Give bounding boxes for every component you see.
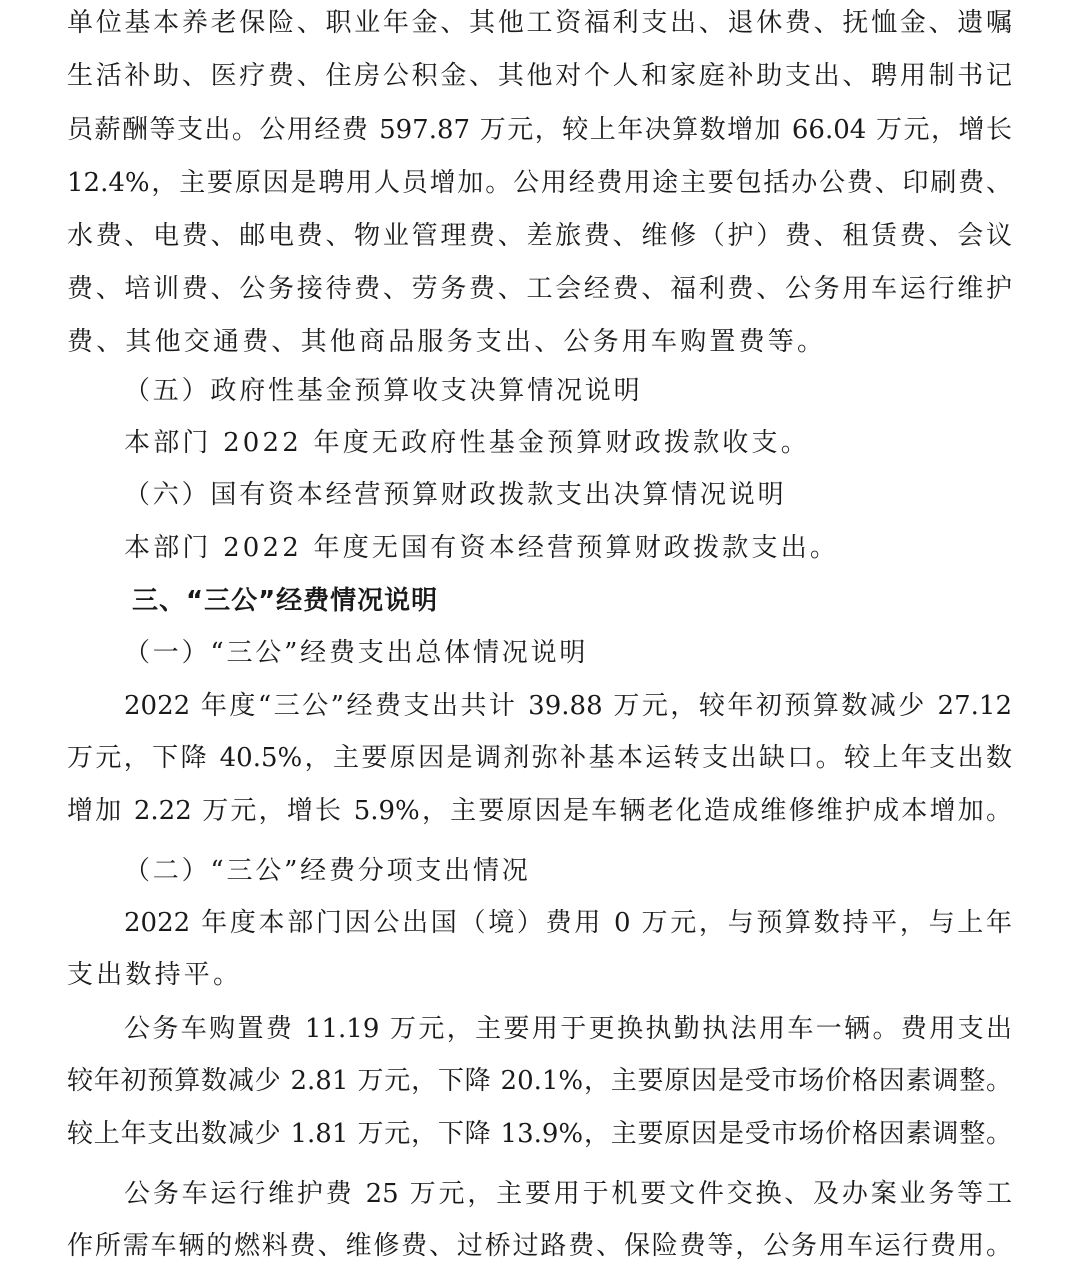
paragraph-line: 生活补助、医疗费、住房公积金、其他对个人和家庭补助支出、聘用制书记	[67, 59, 1012, 93]
part-3-heading: 三、“三公”经费情况说明	[132, 584, 1074, 618]
paragraph-line: 费、培训费、公务接待费、劳务费、工会经费、福利费、公务用车运行维护	[67, 272, 1012, 306]
section-heading-6: （六）国有资本经营预算财政拨款支出决算情况说明	[124, 478, 1069, 512]
paragraph-line: 公务车购置费 11.19 万元，主要用于更换执勤执法用车一辆。费用支出	[124, 1012, 1012, 1046]
paragraph-line: 2022 年度本部门因公出国（境）费用 0 万元，与预算数持平，与上年	[124, 906, 1012, 940]
paragraph-line: 员薪酬等支出。公用经费 597.87 万元，较上年决算数增加 66.04 万元，…	[67, 113, 1012, 147]
paragraph-line: 单位基本养老保险、职业年金、其他工资福利支出、退休费、抚恤金、遗嘱	[67, 6, 1012, 40]
subsection-heading-1: （一）“三公”经费支出总体情况说明	[124, 636, 1069, 670]
paragraph-line: 支出数持平。	[67, 958, 1012, 992]
paragraph-line: 万元，下降 40.5%，主要原因是调剂弥补基本运转支出缺口。较上年支出数	[67, 741, 1012, 775]
paragraph-line: 费、其他交通费、其他商品服务支出、公务用车购置费等。	[67, 325, 1012, 359]
paragraph-line: 公务车运行维护费 25 万元，主要用于机要文件交换、及办案业务等工	[124, 1177, 1012, 1211]
paragraph-line: 2022 年度“三公”经费支出共计 39.88 万元，较年初预算数减少 27.1…	[124, 689, 1012, 723]
subsection-heading-2: （二）“三公”经费分项支出情况	[124, 854, 1069, 888]
section-heading-5: （五）政府性基金预算收支决算情况说明	[124, 374, 1069, 408]
paragraph-line: 作所需车辆的燃料费、维修费、过桥过路费、保险费等，公务用车运行费用。	[67, 1229, 1012, 1263]
paragraph-line: 较年初预算数减少 2.81 万元，下降 20.1%，主要原因是受市场价格因素调整…	[67, 1064, 1012, 1098]
section-6-text: 本部门 2022 年度无国有资本经营预算财政拨款支出。	[124, 531, 1069, 565]
paragraph-line: 增加 2.22 万元，增长 5.9%，主要原因是车辆老化造成维修维护成本增加。	[67, 794, 1012, 828]
paragraph-line: 水费、电费、邮电费、物业管理费、差旅费、维修（护）费、租赁费、会议	[67, 219, 1012, 253]
section-5-text: 本部门 2022 年度无政府性基金预算财政拨款收支。	[124, 426, 1069, 460]
paragraph-line: 较上年支出数减少 1.81 万元，下降 13.9%，主要原因是受市场价格因素调整…	[67, 1117, 1012, 1151]
paragraph-line: 12.4%，主要原因是聘用人员增加。公用经费用途主要包括办公费、印刷费、	[67, 166, 1012, 200]
